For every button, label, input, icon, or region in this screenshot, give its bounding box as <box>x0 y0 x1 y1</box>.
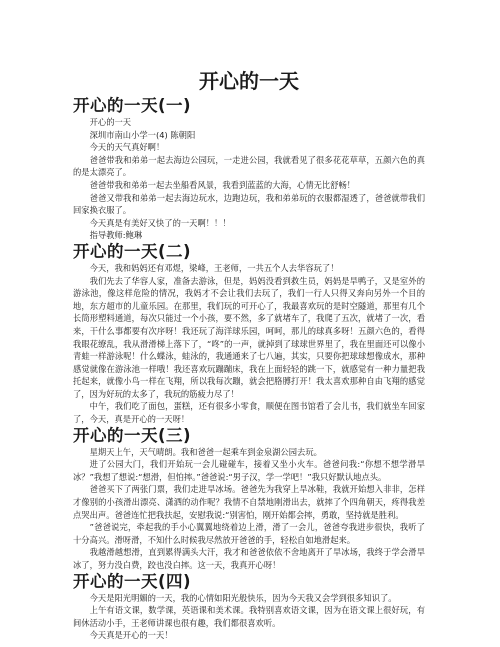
paragraph: 爸爸带我和弟弟一起去坐船看风景，我看到蓝蓝的大海，心情无比舒畅！ <box>73 179 425 192</box>
paragraph: 今天的天气真好啊！ <box>73 141 425 154</box>
section-heading: 开心的一天(二) <box>73 242 425 262</box>
paragraph: 今天是阳光明媚的一天，我的心情如阳光般快乐，因为今天我又会学到很多知识了。 <box>73 592 425 605</box>
paragraph: 爸爸带我和弟弟一起去海边公园玩，一走进公园，我就看见了很多花花草草，五颜六色的真… <box>73 154 425 179</box>
teacher-line: 指导教师:鲍琳 <box>73 229 425 242</box>
paragraph: 上午有语文课，数学课，英语课和美术课。我特别喜欢语文课，因为在语文课上很好玩，有… <box>73 604 425 629</box>
author-line: 深圳市南山小学一(4) 陈朝阳 <box>73 129 425 142</box>
paragraph: 我们先去了华容人家，准备去游泳，但是，妈妈没看到救生员，妈妈是旱鸭子，又是室外的… <box>73 275 425 401</box>
section-3: 开心的一天(三) 星期天上午，天气晴朗。我和爸爸一起乘车到金泉湖公园去玩。 进了… <box>73 426 425 572</box>
paragraph: 今天真是有美好又快了的一天啊！！！ <box>73 217 425 230</box>
paragraph: 今天真是开心的一天！ <box>73 629 425 642</box>
paragraph: 星期天上午，天气晴朗。我和爸爸一起乘车到金泉湖公园去玩。 <box>73 446 425 459</box>
section-1: 开心的一天(一) 开心的一天 深圳市南山小学一(4) 陈朝阳 今天的天气真好啊！… <box>73 96 425 242</box>
document-body: 开心的一天(一) 开心的一天 深圳市南山小学一(4) 陈朝阳 今天的天气真好啊！… <box>73 96 425 642</box>
section-2: 开心的一天(二) 今天，我和妈妈还有邓煜，梁峰，王老师，一共五个人去华容玩了！ … <box>73 242 425 426</box>
paragraph: 我越滑越想滑，直到累得满头大汗，我才和爸爸依依不舍地离开了旱冰场，我终于学会滑旱… <box>73 546 425 571</box>
paragraph: 爸爸又带我和弟弟一起去海边玩水，边跑边玩，我和弟弟玩的衣服都湿透了，爸爸就带我们… <box>73 192 425 217</box>
section-4: 开心的一天(四) 今天是阳光明媚的一天，我的心情如阳光般快乐，因为今天我又会学到… <box>73 572 425 642</box>
paragraph: 进了公园大门，我们开始玩一会儿碰碰车，接着又坐小火车。爸爸问我:“你想不想学滑旱… <box>73 458 425 483</box>
paragraph: ”爸爸说完，牵起我的手小心翼翼地绕着边上滑，滑了一会儿，爸爸夸我进步很快，我听了… <box>73 521 425 546</box>
section-heading: 开心的一天(四) <box>73 572 425 592</box>
paragraph: 爸爸买下了两张门票，我们走进旱冰场。爸爸先为我穿上旱冰鞋，我就开始想入非非，怎样… <box>73 483 425 521</box>
section-heading: 开心的一天(一) <box>73 96 425 116</box>
paragraph: 中午，我们吃了面包，蛋糕，还有很多小零食，顺便在图书馆看了会儿书，我们就坐车回家… <box>73 400 425 425</box>
document-title: 开心的一天 <box>73 69 425 93</box>
paragraph: 开心的一天 <box>73 116 425 129</box>
paragraph: 今天，我和妈妈还有邓煜，梁峰，王老师，一共五个人去华容玩了！ <box>73 262 425 275</box>
section-heading: 开心的一天(三) <box>73 426 425 446</box>
